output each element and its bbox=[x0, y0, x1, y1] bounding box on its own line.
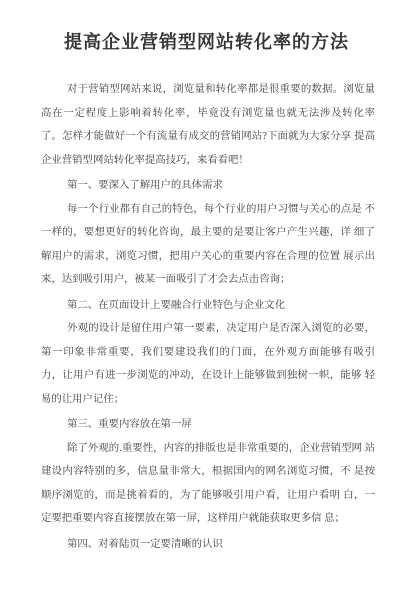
paragraph: 除了外观的.重要性，内容的排版也是非常重要的，企业营销型网 站建设内容特别的多，… bbox=[41, 437, 375, 531]
paragraph: 外观的设计是留住用户第一要素，决定用户是否深入浏览的必要， 第一印象非常重要，我… bbox=[41, 317, 375, 411]
document-page: 提高企业营销型网站转化率的方法 对于营销型网站来说，浏览量和转化率都是很重要的数… bbox=[0, 0, 413, 600]
document-body: 对于营销型网站来说，浏览量和转化率都是很重要的数据。浏览量 高在一定程度上影响着… bbox=[41, 78, 375, 556]
section-heading: 第四、对着陆页一定要清晰的认识 bbox=[41, 533, 375, 557]
section-heading: 第一、要深入了解用户的具体需求 bbox=[41, 174, 375, 198]
paragraph: 每一个行业都有自己的特色，每个行业的用户习惯与关心的点是 不一样的，要想更好的转… bbox=[41, 198, 375, 292]
paragraph: 对于营销型网站来说，浏览量和转化率都是很重要的数据。浏览量 高在一定程度上影响着… bbox=[41, 78, 375, 172]
section-heading: 第二、在页面设计上要融合行业特色与企业文化 bbox=[41, 294, 375, 318]
document-title: 提高企业营销型网站转化率的方法 bbox=[0, 0, 413, 56]
section-heading: 第三、重要内容放在第一屏 bbox=[41, 413, 375, 437]
